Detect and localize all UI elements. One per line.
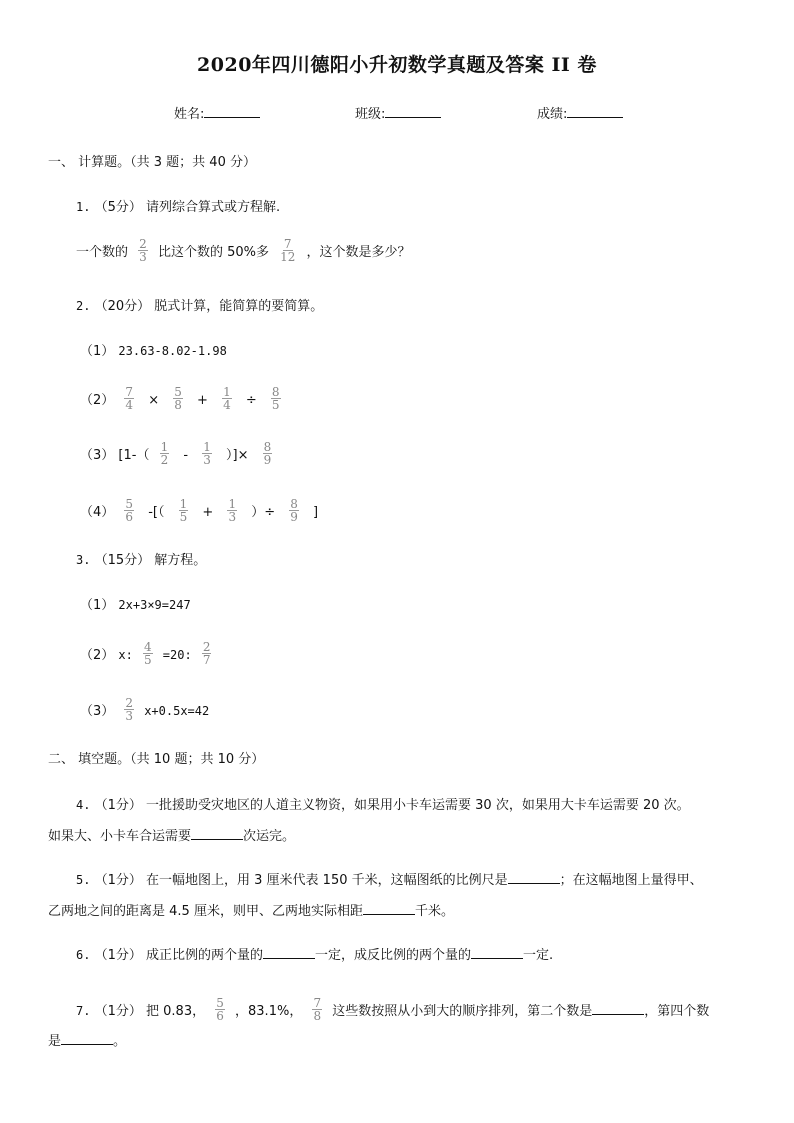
question-3-header: 3. （15分） 解方程。 [76,549,206,568]
name-label: 姓名: [174,107,204,122]
question-7-line-1: 7. （1分） 把 0.83， 56 ，83.1%， 78 这些数按照从小到大的… [76,999,709,1024]
question-2-item-3: （3） [1-（ 12 - 13 ）]× 89 [80,443,278,468]
answer-blank [191,827,243,840]
score-label: 成绩: [537,107,567,122]
name-field: 姓名: [174,103,260,122]
question-5-line-2: 乙两地之间的距离是 4.5 厘米，则甲、乙两地实际相距千米。 [48,900,454,919]
name-blank [204,105,260,118]
answer-blank [363,902,415,915]
answer-blank [263,946,315,959]
score-field: 成绩: [537,103,623,122]
question-4-line-2: 如果大、小卡车合运需要次运完。 [48,825,295,844]
page-title: 2020年四川德阳小升初数学真题及答案 II 卷 [0,50,794,77]
answer-blank [61,1032,113,1045]
section-1-heading: 一、 计算题。（共 3 题；共 40 分） [48,151,256,170]
question-2-item-1: （1） 23.63-8.02-1.98 [80,340,227,359]
question-2-item-4: （4） 56 -[（ 15 + 13 ）÷ 89 ] [80,500,322,525]
class-field: 班级: [355,103,441,122]
question-7-line-2: 是。 [48,1030,126,1049]
question-5-line-1: 5. （1分） 在一幅地图上，用 3 厘米代表 150 千米，这幅图纸的比例尺是… [76,869,703,888]
class-blank [385,105,441,118]
question-4-line-1: 4. （1分） 一批援助受灾地区的人道主义物资，如果用小卡车运需要 30 次，如… [76,794,690,813]
question-3-item-2: （2） x: 45 =20: 27 [80,643,217,668]
question-2-header: 2. （20分） 脱式计算，能简算的要简算。 [76,295,323,314]
fraction: 23 [138,238,148,263]
answer-blank [508,871,560,884]
question-6: 6. （1分） 成正比例的两个量的一定，成反比例的两个量的一定. [76,944,553,963]
question-1-body: 一个数的 23 比这个数的 50%多 712 ，这个数是多少？ [76,240,411,265]
question-1-header: 1. （5分） 请列综合算式或方程解. [76,196,280,215]
question-3-item-3: （3） 23 x+0.5x=42 [80,699,209,724]
section-2-heading: 二、 填空题。（共 10 题；共 10 分） [48,748,264,767]
answer-blank [471,946,523,959]
fraction: 712 [279,238,296,263]
answer-blank [592,1002,644,1015]
question-2-item-2: （2） 74 × 58 + 14 ÷ 85 [80,388,287,413]
class-label: 班级: [355,107,385,122]
score-blank [567,105,623,118]
question-3-item-1: （1） 2x+3×9=247 [80,594,191,613]
